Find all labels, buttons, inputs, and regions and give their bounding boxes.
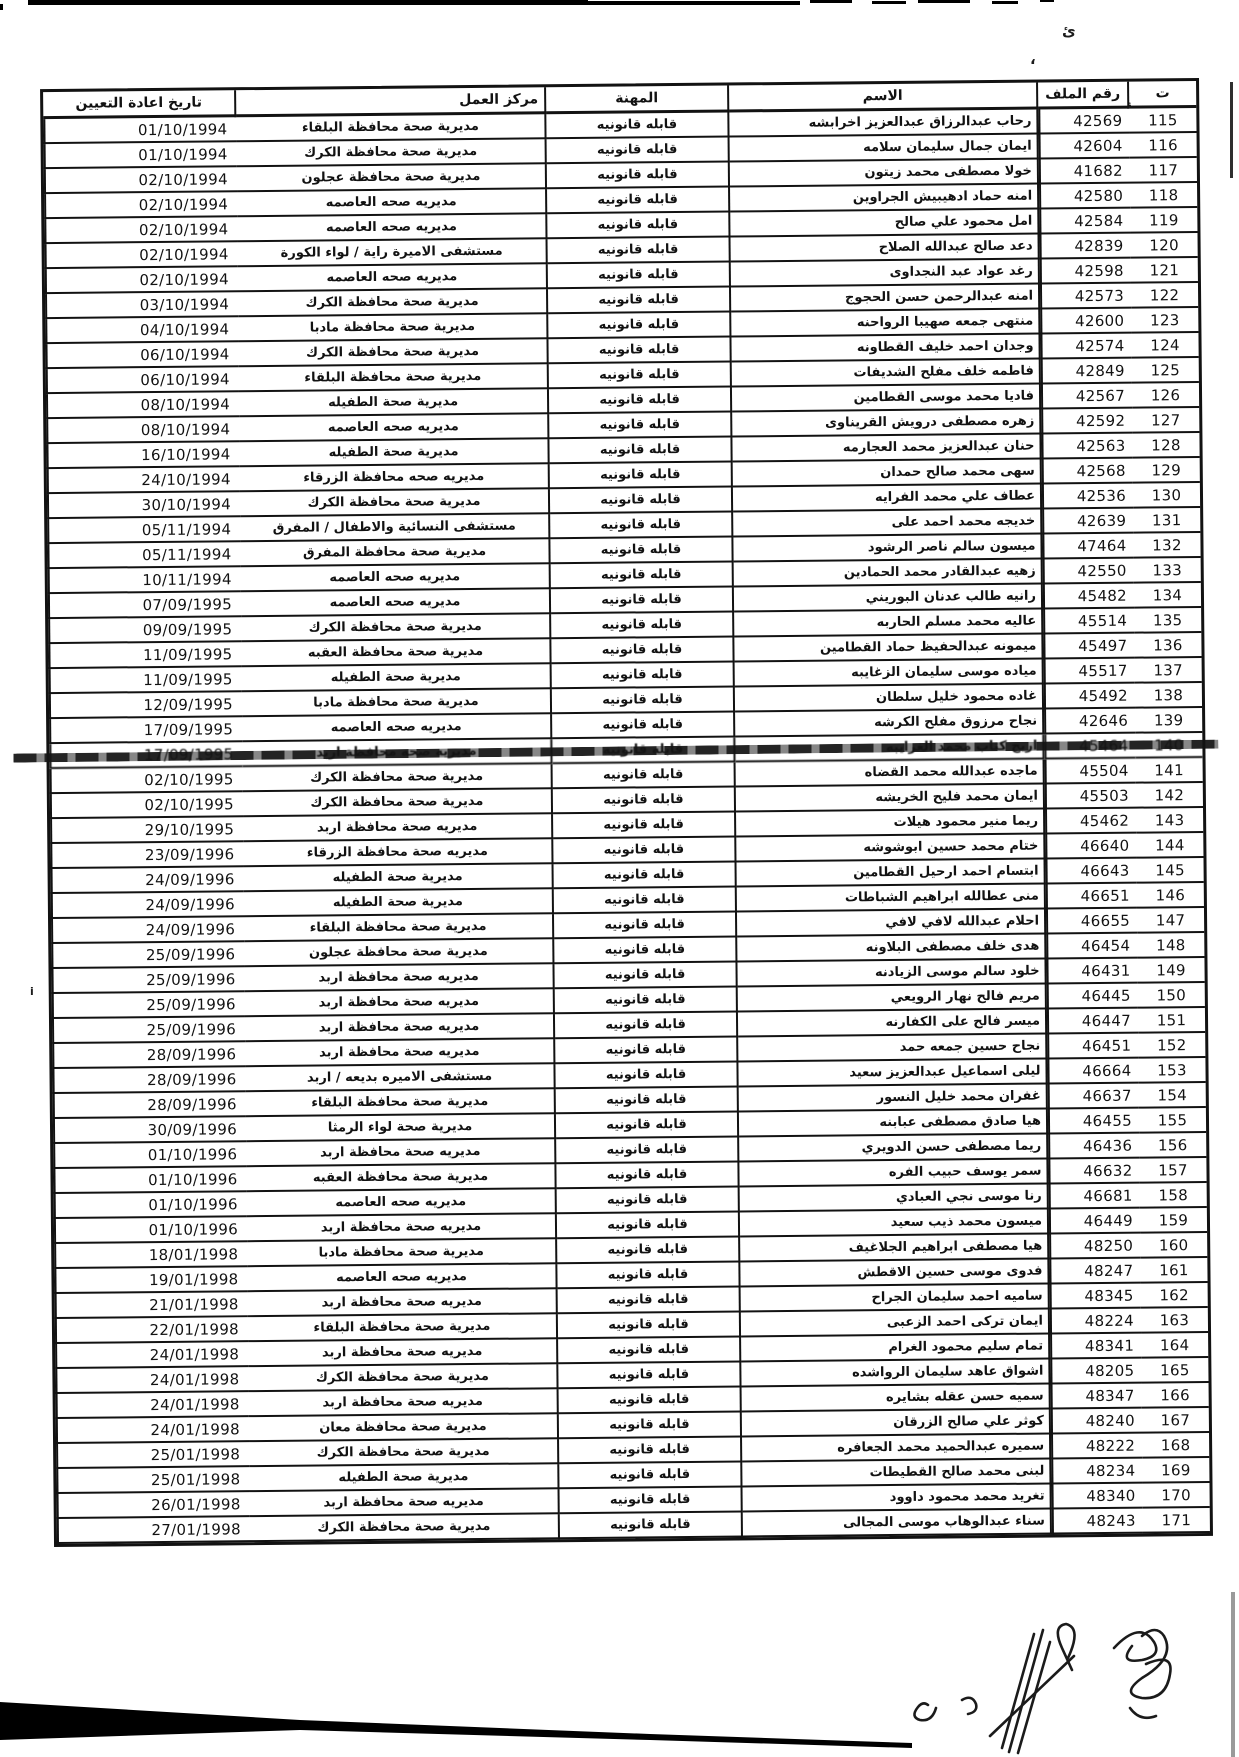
cell-profession: قابله قانونيه	[558, 1337, 741, 1364]
cell-profession: قابله قانونيه	[555, 1062, 738, 1089]
cell-date: 25/09/1996	[52, 1017, 245, 1044]
cell-name: امنه عبدالرحمن حسن الحجوج	[731, 285, 1040, 313]
cell-serial: 115	[1129, 108, 1196, 134]
cell-serial: 166	[1142, 1383, 1209, 1409]
cell-work-center: مديرية صحة محافظة البلقاء	[244, 914, 554, 942]
cell-file-number: 42592	[1041, 409, 1132, 435]
cell-date: 02/10/1994	[45, 267, 238, 294]
cell-serial: 167	[1142, 1408, 1209, 1434]
cell-profession: قابله قانونيه	[559, 1437, 742, 1464]
cell-file-number: 48345	[1050, 1284, 1141, 1310]
cell-file-number: 42849	[1041, 359, 1132, 385]
scan-mark: i	[30, 985, 34, 998]
cell-file-number: 48250	[1049, 1234, 1140, 1260]
cell-serial: 160	[1140, 1233, 1207, 1259]
cell-date: 25/01/1998	[56, 1442, 249, 1469]
cell-work-center: مديريه صحه العاصمه	[247, 1264, 557, 1292]
cell-name: فدوى موسى حسين الاقطش	[740, 1259, 1049, 1287]
cell-file-number: 42536	[1042, 484, 1133, 510]
cell-name: تمام سليم محمود الغرام	[741, 1334, 1050, 1362]
cell-work-center: مديرية صحة محافظة الكرك	[238, 289, 548, 317]
cell-file-number: 48205	[1050, 1359, 1141, 1385]
cell-date: 01/10/1994	[43, 117, 236, 144]
header-reappointment-date: تاريخ اعادة التعيين	[43, 90, 236, 119]
cell-serial: 126	[1132, 383, 1199, 409]
cell-serial: 146	[1137, 883, 1204, 909]
cell-date: 18/01/1998	[54, 1242, 247, 1269]
cell-date: 02/10/1994	[44, 217, 237, 244]
cell-serial: 138	[1135, 683, 1202, 709]
cell-date: 11/09/1995	[48, 642, 241, 669]
cell-name: وجدان احمد خليف القطاونه	[731, 335, 1040, 363]
cell-name: زهيه عبدالقادر محمد الحمادين	[734, 560, 1043, 588]
cell-name: احلام عبدالله لافي لافي	[737, 910, 1046, 938]
cell-profession: قابله قانونيه	[553, 787, 736, 814]
cell-serial: 125	[1132, 358, 1199, 384]
cell-file-number: 46445	[1047, 984, 1138, 1010]
cell-serial: 157	[1139, 1158, 1206, 1184]
cell-profession: قابله قانونيه	[549, 387, 732, 414]
cell-date: 04/10/1994	[45, 317, 238, 344]
cell-work-center: مديريه صحه العاصمه	[241, 589, 551, 617]
cell-name: مياده موسى سليمان الزغايبه	[735, 660, 1044, 688]
cell-name: ايمان محمد فليح الخريشه	[736, 785, 1045, 813]
cell-file-number: 46643	[1045, 859, 1136, 885]
cell-profession: قابله قانونيه	[547, 163, 730, 190]
cell-date: 29/10/1995	[50, 817, 243, 844]
cell-name: مريم فالح نهار الرويعي	[738, 985, 1047, 1013]
cell-work-center: مديرية صحة الطفيله	[244, 864, 554, 892]
signature-scribbles	[878, 1612, 1228, 1757]
cell-name: هيا صادق مصطفى عبابنه	[739, 1109, 1048, 1137]
cell-profession: قابله قانونيه	[554, 937, 737, 964]
cell-file-number: 42639	[1042, 509, 1133, 535]
cell-name: كوثر علي صالح الزرقان	[742, 1409, 1051, 1437]
cell-serial: 123	[1131, 308, 1198, 334]
cell-profession: قابله قانونيه	[551, 562, 734, 589]
cell-serial: 164	[1141, 1333, 1208, 1359]
cell-work-center: مديرية صحة الطفيله	[242, 664, 552, 692]
cell-file-number: 42646	[1044, 709, 1135, 735]
cell-file-number: 47464	[1042, 534, 1133, 560]
cell-file-number: 46651	[1046, 884, 1137, 910]
cell-profession: قابله قانونيه	[557, 1262, 740, 1289]
cell-serial: 152	[1138, 1033, 1205, 1059]
cell-file-number: 46447	[1047, 1009, 1138, 1035]
cell-profession: قابله قانونيه	[558, 1312, 741, 1339]
cell-work-center: مديريه صحة محافظة اربد	[245, 1014, 555, 1042]
cell-work-center: مديريه صحه محافظة الزرقاء	[240, 464, 550, 492]
cell-work-center: مديرية صحة محافظة عجلون	[244, 939, 554, 967]
cell-name: غفران محمد خليل النسور	[739, 1084, 1048, 1112]
cell-serial: 116	[1130, 133, 1197, 159]
cell-profession: قابله قانونيه	[548, 313, 731, 340]
cell-work-center: مديرية صحة محافظة معان	[249, 1414, 559, 1442]
cell-file-number: 48234	[1051, 1459, 1142, 1485]
cell-serial: 151	[1138, 1008, 1205, 1034]
cell-profession: قابله قانونيه	[560, 1487, 743, 1514]
cell-work-center: مديرية صحة محافظة مادبا	[242, 689, 552, 717]
cell-work-center: مديرية صحة محافظة مادبا	[238, 314, 548, 342]
cell-work-center: مديرية صحة محافظة المفرق	[240, 539, 550, 567]
cell-serial: 150	[1138, 983, 1205, 1009]
cell-profession: قابله قانونيه	[555, 987, 738, 1014]
cell-profession: قابله قانونيه	[552, 687, 735, 714]
cell-date: 16/10/1994	[46, 442, 239, 469]
cell-work-center: مديرية صحة محافظة الكرك	[237, 139, 547, 167]
cell-serial: 156	[1139, 1133, 1206, 1159]
cell-work-center: مديرية صحة لواء الرمثا	[246, 1114, 556, 1142]
cell-date: 06/10/1994	[46, 342, 239, 369]
cell-date: 12/09/1995	[49, 692, 242, 719]
cell-name: فاديا محمد موسى القطامين	[732, 385, 1041, 413]
paper-edge-line-bottom	[1231, 1592, 1235, 1757]
cell-date: 22/01/1998	[55, 1317, 248, 1344]
cell-name: منتهى جمعه صهيبا الرواحنه	[731, 310, 1040, 338]
cell-serial: 158	[1140, 1183, 1207, 1209]
cell-file-number: 46632	[1048, 1159, 1139, 1185]
cell-work-center: مستشفى الاميرة راية / لواء الكورة	[238, 239, 548, 267]
cell-work-center: مديرية صحة محافظة الكرك	[243, 764, 553, 792]
cell-name: ميسون محمد ذيب سعيد	[740, 1209, 1049, 1237]
cell-date: 24/01/1998	[56, 1392, 249, 1419]
cell-date: 11/09/1995	[49, 667, 242, 694]
cell-file-number: 45514	[1043, 609, 1134, 635]
cell-work-center: مديريه صحه العاصمه	[241, 564, 551, 592]
cell-name: سميه حسن عقله بشايره	[742, 1384, 1051, 1412]
cell-date: 21/01/1998	[55, 1292, 248, 1319]
cell-profession: قابله قانونيه	[552, 662, 735, 689]
cell-name: ليلى اسماعيل عبدالعزيز سعيد	[738, 1060, 1047, 1088]
cell-date: 27/01/1998	[57, 1517, 250, 1544]
cell-date: 02/10/1995	[50, 792, 243, 819]
cell-serial: 133	[1134, 558, 1201, 584]
cell-serial: 124	[1131, 333, 1198, 359]
cell-name: ريما مصطفى حسن الدويري	[739, 1134, 1048, 1162]
cell-file-number: 46449	[1049, 1209, 1140, 1235]
cell-file-number: 48341	[1050, 1334, 1141, 1360]
cell-work-center: مديرية صحة محافظة الكرك	[243, 789, 553, 817]
cell-serial: 170	[1142, 1483, 1209, 1509]
cell-work-center: مديرية صحة محافظة البلقاء	[236, 114, 546, 142]
cell-date: 17/09/1995	[49, 717, 242, 744]
cell-work-center: مديرية صحة محافظة الكرك	[250, 1514, 560, 1542]
cell-serial: 168	[1142, 1433, 1209, 1459]
cell-profession: قابله قانونيه	[549, 362, 732, 389]
cell-profession: قابله قانونيه	[557, 1187, 740, 1214]
scan-artifact-bottom-wedge	[0, 1690, 920, 1757]
cell-name: عاليه محمد مسلم الحاربه	[734, 610, 1043, 638]
cell-date: 24/09/1996	[51, 892, 244, 919]
cell-date: 30/10/1994	[47, 492, 240, 519]
cell-name: ماجده عبدالله محمد القضاه	[736, 760, 1045, 788]
cell-date: 25/09/1996	[52, 992, 245, 1019]
cell-file-number: 45497	[1043, 634, 1134, 660]
cell-date: 25/01/1998	[56, 1467, 249, 1494]
cell-file-number: 46664	[1047, 1059, 1138, 1085]
cell-date: 01/10/1996	[53, 1167, 246, 1194]
cell-name: نجاح حسين جمعه حمد	[738, 1035, 1047, 1063]
cell-serial: 121	[1131, 258, 1198, 284]
cell-name: امنه حماد ادهيبيش الجراوين	[730, 185, 1039, 213]
header-profession: المهنة	[546, 86, 729, 115]
cell-date: 02/10/1994	[44, 167, 237, 194]
cell-work-center: مديريه صحة محافظة اربد	[243, 814, 553, 842]
cell-date: 10/11/1994	[48, 567, 241, 594]
cell-work-center: مديرية صحة محافظة الكرك	[248, 1364, 558, 1392]
cell-serial: 148	[1137, 933, 1204, 959]
cell-name: غاده محمود خليل سلطان	[735, 685, 1044, 713]
cell-profession: قابله قانونيه	[551, 587, 734, 614]
cell-file-number: 48240	[1051, 1409, 1142, 1435]
cell-file-number: 42568	[1042, 459, 1133, 485]
cell-date: 24/09/1996	[51, 867, 244, 894]
cell-name: رحاب عبدالرزاق عبدالعزيز اخرابشه	[729, 110, 1038, 138]
cell-work-center: مديرية صحة محافظة مادبا	[247, 1239, 557, 1267]
cell-serial: 119	[1130, 208, 1197, 234]
cell-work-center: مديرية صحة محافظة البلقاء	[239, 364, 549, 392]
cell-profession: قابله قانونيه	[553, 762, 736, 789]
cell-name: سناء عبدالوهاب موسى المجالى	[743, 1509, 1052, 1537]
scanned-document-page: { "page": { "ink_color": "#121212", "pap…	[0, 0, 1239, 1757]
cell-name: ابتسام احمد ارحيل القطامين	[737, 860, 1046, 888]
cell-work-center: مديرية صحة محافظة عجلون	[237, 164, 547, 192]
cell-name: حنان عبدالعزيز محمد العجارمه	[732, 435, 1041, 463]
cell-serial: 131	[1133, 508, 1200, 534]
cell-name: منى عطالله ابراهيم الشباطات	[737, 885, 1046, 913]
cell-file-number: 42839	[1039, 234, 1130, 260]
cell-work-center: مديريه صحه العاصمه	[237, 214, 547, 242]
cell-file-number: 46451	[1047, 1034, 1138, 1060]
cell-work-center: مديريه صحة محافظة اربد	[247, 1214, 557, 1242]
cell-date: 05/11/1994	[47, 542, 240, 569]
cell-work-center: مديريه صحه العاصمه	[238, 264, 548, 292]
cell-name: تغريد محمد محمود داوود	[743, 1484, 1052, 1512]
cell-serial: 154	[1139, 1083, 1206, 1109]
cell-serial: 118	[1130, 183, 1197, 209]
header-work-center: مركز العمل	[236, 87, 546, 117]
cell-serial: 128	[1132, 433, 1199, 459]
cell-profession: قابله قانونيه	[556, 1087, 739, 1114]
cell-file-number: 46431	[1046, 959, 1137, 985]
cell-work-center: مديريه صحة محافظة اربد	[245, 989, 555, 1017]
scan-mark: ئ	[1062, 22, 1076, 40]
cell-work-center: مديرية صحة محافظة البلقاء	[248, 1314, 558, 1342]
cell-date: 01/10/1996	[54, 1217, 247, 1244]
cell-serial: 161	[1140, 1258, 1207, 1284]
cell-file-number: 42573	[1040, 284, 1131, 310]
cell-profession: قابله قانونيه	[554, 912, 737, 939]
cell-file-number: 42574	[1040, 334, 1131, 360]
header-serial: ت	[1129, 81, 1196, 109]
cell-serial: 135	[1134, 608, 1201, 634]
cell-profession: قابله قانونيه	[547, 213, 730, 240]
cell-file-number: 42604	[1039, 134, 1130, 160]
cell-work-center: مديريه صحه العاصمه	[239, 414, 549, 442]
cell-serial: 155	[1139, 1108, 1206, 1134]
cell-profession: قابله قانونيه	[553, 812, 736, 839]
cell-date: 24/09/1996	[51, 917, 244, 944]
cell-file-number: 45517	[1044, 659, 1135, 685]
cell-name: ساميه احمد سليمان الجراح	[741, 1284, 1050, 1312]
cell-date: 26/01/1998	[57, 1492, 250, 1519]
cell-work-center: مديرية صحة محافظة البلقاء	[246, 1089, 556, 1117]
cell-name: رنا موسى نجي العبادي	[740, 1184, 1049, 1212]
cell-serial: 143	[1136, 808, 1203, 834]
cell-file-number: 48347	[1051, 1384, 1142, 1410]
cell-work-center: مديريه صحة محافظة اربد	[244, 964, 554, 992]
cell-file-number: 45482	[1043, 584, 1134, 610]
cell-profession: قابله قانونيه	[554, 887, 737, 914]
cell-profession: قابله قانونيه	[559, 1387, 742, 1414]
cell-profession: قابله قانونيه	[550, 512, 733, 539]
cell-serial: 169	[1142, 1458, 1209, 1484]
cell-profession: قابله قانونيه	[549, 437, 732, 464]
cell-name: ايمان تركى احمد الزعبى	[741, 1309, 1050, 1337]
scan-artifact-top-edge	[0, 0, 1239, 12]
cell-profession: قابله قانونيه	[547, 138, 730, 165]
cell-date: 01/10/1996	[53, 1142, 246, 1169]
cell-profession: قابله قانونيه	[550, 487, 733, 514]
cell-profession: قابله قانونيه	[554, 862, 737, 889]
cell-work-center: مديرية صحة محافظة العقبه	[246, 1164, 556, 1192]
cell-file-number: 46637	[1048, 1084, 1139, 1110]
cell-serial: 136	[1134, 633, 1201, 659]
cell-file-number: 48243	[1052, 1509, 1143, 1535]
cell-work-center: مديرية صحة الطفيله	[239, 439, 549, 467]
cell-name: دعد صالح عبدالله الصلاح	[731, 235, 1040, 263]
cell-date: 30/09/1996	[53, 1117, 246, 1144]
cell-name: عطاف علي محمد الفرايه	[733, 485, 1042, 513]
cell-name: سميره عبدالحميد محمد الجعافره	[742, 1434, 1051, 1462]
cell-date: 02/10/1994	[45, 242, 238, 269]
cell-profession: قابله قانونيه	[548, 337, 731, 364]
cell-name: سهى محمد صالح حمدان	[733, 460, 1042, 488]
cell-work-center: مديريه صحة محافظة اربد	[249, 1389, 559, 1417]
cell-file-number: 42584	[1039, 209, 1130, 235]
table-body: 115 42569 رحاب عبدالرزاق عبدالعزيز اخراب…	[43, 108, 1210, 1544]
cell-date: 02/10/1995	[50, 767, 243, 794]
reappointment-table: ت رقم الملف الاسم المهنة مركز العمل تاري…	[40, 78, 1213, 1547]
cell-date: 03/10/1994	[45, 292, 238, 319]
cell-file-number: 42598	[1040, 259, 1131, 285]
cell-serial: 129	[1133, 458, 1200, 484]
header-name: الاسم	[729, 83, 1038, 113]
cell-name: ميسر فالح على الكفارنه	[738, 1010, 1047, 1038]
cell-serial: 142	[1136, 783, 1203, 809]
cell-name: خديجه محمد احمد على	[733, 510, 1042, 538]
cell-profession: قابله قانونيه	[554, 962, 737, 989]
cell-profession: قابله قانونيه	[550, 537, 733, 564]
cell-date: 28/09/1996	[53, 1092, 246, 1119]
cell-profession: قابله قانونيه	[550, 462, 733, 489]
cell-file-number: 48224	[1050, 1309, 1141, 1335]
cell-file-number: 42550	[1043, 559, 1134, 585]
cell-name: خولا مصطفى محمد زيتون	[730, 160, 1039, 188]
cell-date: 09/09/1995	[48, 617, 241, 644]
cell-serial: 149	[1137, 958, 1204, 984]
cell-profession: قابله قانونيه	[546, 113, 729, 140]
cell-work-center: مديرية صحة محافظة الكرك	[240, 489, 550, 517]
cell-profession: قابله قانونيه	[559, 1462, 742, 1489]
cell-serial: 163	[1141, 1308, 1208, 1334]
cell-profession: قابله قانونيه	[547, 188, 730, 215]
cell-date: 08/10/1994	[46, 417, 239, 444]
cell-name: اشواق عاهد سليمان الرواشده	[741, 1359, 1050, 1387]
cell-date: 05/11/1994	[47, 517, 240, 544]
cell-name: نجاح مرزوق مفلح الكرشه	[735, 710, 1044, 738]
cell-work-center: مديريه صحة محافظة اربد	[245, 1039, 555, 1067]
cell-work-center: مديرية صحة الطفيله	[244, 889, 554, 917]
cell-serial: 159	[1140, 1208, 1207, 1234]
cell-work-center: مديرية صحة محافظة الكرك	[238, 339, 548, 367]
cell-work-center: مديرية صحة الطفيله	[239, 389, 549, 417]
cell-work-center: مديريه صحة محافظة الزرقاء	[243, 839, 553, 867]
cell-file-number: 42567	[1041, 384, 1132, 410]
cell-file-number: 42580	[1039, 184, 1130, 210]
cell-file-number: 46681	[1049, 1184, 1140, 1210]
cell-profession: قابله قانونيه	[556, 1112, 739, 1139]
cell-file-number: 42569	[1038, 109, 1129, 135]
cell-date: 07/09/1995	[48, 592, 241, 619]
header-file-number: رقم الملف	[1038, 82, 1129, 110]
cell-work-center: مستشفى النسائية والاطفال / المفرق	[240, 514, 550, 542]
cell-file-number: 45504	[1045, 759, 1136, 785]
cell-serial: 122	[1131, 283, 1198, 309]
cell-file-number: 42600	[1040, 309, 1131, 335]
cell-serial: 127	[1132, 408, 1199, 434]
cell-date: 01/10/1996	[54, 1192, 247, 1219]
cell-file-number: 41682	[1039, 159, 1130, 185]
cell-serial: 165	[1141, 1358, 1208, 1384]
cell-date: 24/01/1998	[56, 1417, 249, 1444]
cell-work-center: مديريه صحة محافظة اربد	[246, 1139, 556, 1167]
cell-file-number: 46454	[1046, 934, 1137, 960]
cell-serial: 134	[1134, 583, 1201, 609]
cell-profession: قابله قانونيه	[558, 1362, 741, 1389]
cell-name: ايمان جمال سليمان سلامه	[730, 135, 1039, 163]
cell-work-center: مديريه صحه العاصمه	[237, 189, 547, 217]
cell-profession: قابله قانونيه	[553, 837, 736, 864]
cell-name: ميمونه عبدالحفيظ حماد القطامين	[734, 635, 1043, 663]
paper-edge-line-top	[1230, 82, 1233, 178]
cell-file-number: 45503	[1045, 784, 1136, 810]
cell-serial: 171	[1143, 1508, 1210, 1534]
cell-date: 28/09/1996	[52, 1067, 245, 1094]
cell-profession: قابله قانونيه	[559, 1412, 742, 1439]
cell-date: 25/09/1996	[52, 967, 245, 994]
cell-date: 01/10/1994	[44, 142, 237, 169]
cell-work-center: مديريه صحة محافظة اربد	[248, 1339, 558, 1367]
cell-serial: 117	[1130, 158, 1197, 184]
cell-work-center: مديريه صحة محافظة اربد	[248, 1289, 558, 1317]
cell-profession: قابله قانونيه	[549, 412, 732, 439]
cell-date: 06/10/1994	[46, 367, 239, 394]
cell-work-center: مديرية صحة محافظة الكرك	[249, 1439, 559, 1467]
cell-serial: 144	[1136, 833, 1203, 859]
scan-mark: ،	[1030, 50, 1036, 68]
cell-name: لبنى محمد صالح القطيطات	[742, 1459, 1051, 1487]
cell-work-center: مديريه صحة محافظة اربد	[250, 1489, 560, 1517]
cell-name: هدى خلف مصطفى البلاونه	[737, 935, 1046, 963]
cell-serial: 130	[1133, 483, 1200, 509]
cell-work-center: مديرية صحة محافظة العقبه	[241, 639, 551, 667]
cell-serial: 147	[1137, 908, 1204, 934]
cell-file-number: 46436	[1048, 1134, 1139, 1160]
cell-work-center: مديرية صحة محافظة الكرك	[241, 614, 551, 642]
cell-name: ريما منير محمود هيلات	[736, 810, 1045, 838]
cell-file-number: 42563	[1041, 434, 1132, 460]
